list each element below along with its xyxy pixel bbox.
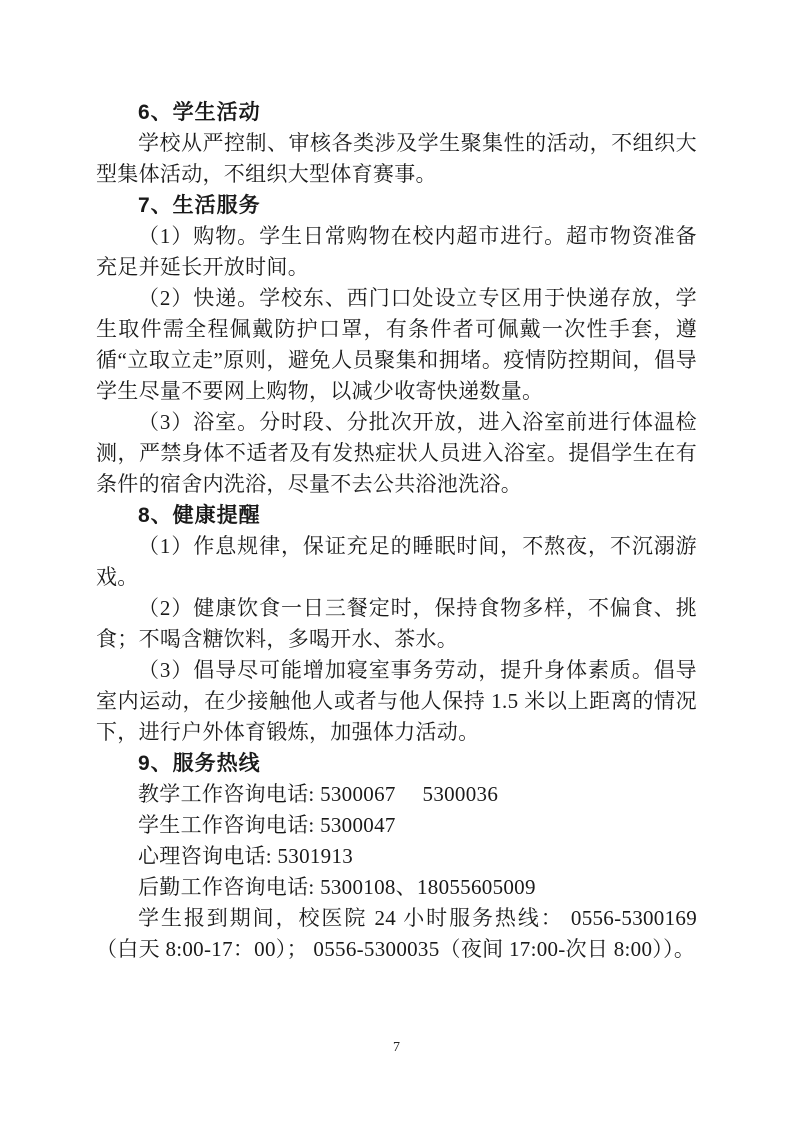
section-heading-health-reminders: 8、健康提醒 (96, 500, 697, 531)
document-page: 6、学生活动 学校从严控制、审核各类涉及学生聚集性的活动，不组织大型集体活动，不… (0, 0, 793, 1122)
hotline-logistics: 后勤工作咨询电话: 5300108、18055605009 (96, 872, 697, 903)
paragraph-bathroom: （3）浴室。分时段、分批次开放，进入浴室前进行体温检测，严禁身体不适者及有发热症… (96, 407, 697, 500)
hotline-student-affairs: 学生工作咨询电话: 5300047 (96, 810, 697, 841)
paragraph-express-delivery: （2）快递。学校东、西门口处设立专区用于快递存放，学生取件需全程佩戴防护口罩，有… (96, 283, 697, 407)
paragraph-student-activities: 学校从严控制、审核各类涉及学生聚集性的活动，不组织大型集体活动，不组织大型体育赛… (96, 128, 697, 190)
paragraph-shopping: （1）购物。学生日常购物在校内超市进行。超市物资准备充足并延长开放时间。 (96, 221, 697, 283)
page-number: 7 (0, 1038, 793, 1058)
hotline-teaching-affairs: 教学工作咨询电话: 5300067 5300036 (96, 779, 697, 810)
paragraph-healthy-diet: （2）健康饮食一日三餐定时，保持食物多样，不偏食、挑食；不喝含糖饮料，多喝开水、… (96, 593, 697, 655)
section-heading-life-services: 7、生活服务 (96, 190, 697, 221)
paragraph-exercise: （3）倡导尽可能增加寝室事务劳动，提升身体素质。倡导室内运动，在少接触他人或者与… (96, 655, 697, 748)
hotline-psychological-counseling: 心理咨询电话: 5301913 (96, 841, 697, 872)
section-heading-student-activities: 6、学生活动 (96, 97, 697, 128)
paragraph-sleep-routine: （1）作息规律，保证充足的睡眠时间，不熬夜，不沉溺游戏。 (96, 531, 697, 593)
document-content: 6、学生活动 学校从严控制、审核各类涉及学生聚集性的活动，不组织大型集体活动，不… (96, 97, 697, 965)
section-heading-service-hotlines: 9、服务热线 (96, 748, 697, 779)
paragraph-hospital-hotline: 学生报到期间，校医院 24 小时服务热线： 0556-5300169（白天 8:… (96, 903, 697, 965)
